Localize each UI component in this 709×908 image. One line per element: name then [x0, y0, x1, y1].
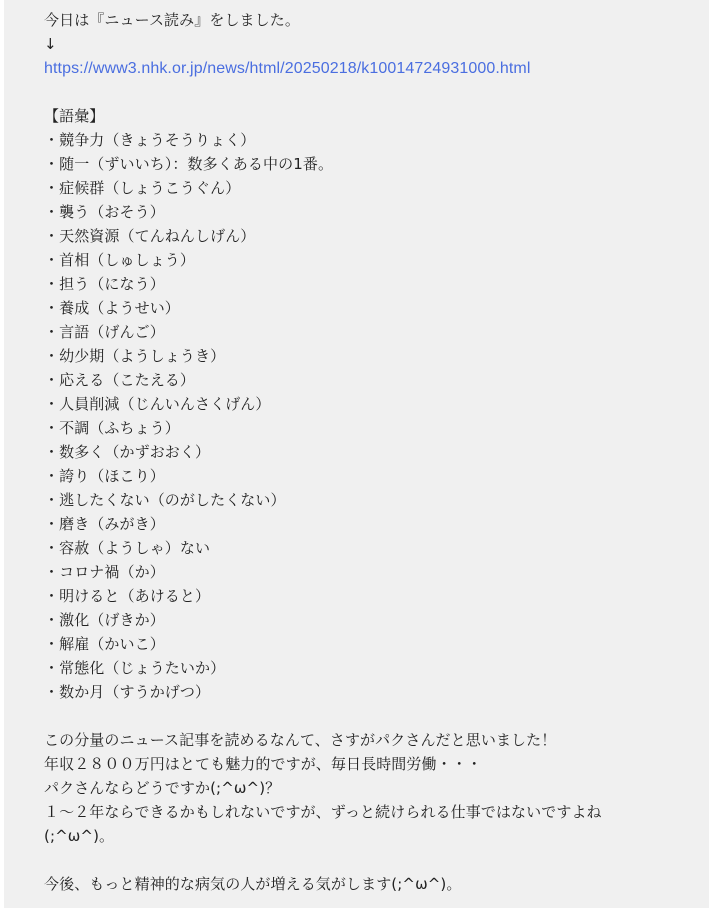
down-arrow-icon: ↓ [44, 32, 709, 56]
message-panel: 今日は『ニュース読み』をしました。 ↓ https://www3.nhk.or.… [4, 0, 709, 908]
vocab-item: ・容赦（ようしゃ）ない [44, 536, 709, 560]
vocab-item: ・競争力（きょうそうりょく） [44, 128, 709, 152]
spacer [44, 80, 709, 104]
vocab-item: ・随一（ずいいち）：数多くある中の1番。 [44, 152, 709, 176]
vocab-item: ・数か月（すうかげつ） [44, 680, 709, 704]
vocab-item: ・不調（ふちょう） [44, 416, 709, 440]
vocab-item: ・誇り（ほこり） [44, 464, 709, 488]
vocab-item: ・逃したくない（のがしたくない） [44, 488, 709, 512]
vocab-item: ・幼少期（ようしょうき） [44, 344, 709, 368]
vocab-item: ・解雇（かいこ） [44, 632, 709, 656]
spacer [44, 704, 709, 728]
vocab-item: ・明けると（あけると） [44, 584, 709, 608]
comment-line: パクさんならどうですか(;^ω^)？ [44, 776, 709, 800]
vocab-heading: 【語彙】 [44, 104, 709, 128]
vocab-item: ・首相（しゅしょう） [44, 248, 709, 272]
vocab-item: ・激化（げきか） [44, 608, 709, 632]
vocab-item: ・人員削減（じんいんさくげん） [44, 392, 709, 416]
vocab-item: ・磨き（みがき） [44, 512, 709, 536]
comment-line: 年収２８００万円はとても魅力的ですが、毎日長時間労働・・・ [44, 752, 709, 776]
vocab-item: ・言語（げんご） [44, 320, 709, 344]
vocab-item: ・数多く（かずおおく） [44, 440, 709, 464]
vocab-item: ・症候群（しょうこうぐん） [44, 176, 709, 200]
vocab-item: ・担う（になう） [44, 272, 709, 296]
intro-text: 今日は『ニュース読み』をしました。 [44, 8, 709, 32]
vocab-item: ・常態化（じょうたいか） [44, 656, 709, 680]
vocab-item: ・襲う（おそう） [44, 200, 709, 224]
news-article-link[interactable]: https://www3.nhk.or.jp/news/html/2025021… [44, 60, 531, 77]
vocab-item: ・天然資源（てんねんしげん） [44, 224, 709, 248]
spacer [44, 848, 709, 872]
vocab-list: ・競争力（きょうそうりょく） ・随一（ずいいち）：数多くある中の1番。 ・症候群… [44, 128, 709, 704]
closing-text: 今後、もっと精神的な病気の人が増える気がします(;^ω^)。 [44, 872, 709, 896]
vocab-item: ・コロナ禍（か） [44, 560, 709, 584]
comment-line: この分量のニュース記事を読めるなんて、さすがパクさんだと思いました！ [44, 728, 709, 752]
comment-block: この分量のニュース記事を読めるなんて、さすがパクさんだと思いました！ 年収２８０… [44, 728, 709, 848]
vocab-item: ・応える（こたえる） [44, 368, 709, 392]
vocab-item: ・養成（ようせい） [44, 296, 709, 320]
comment-line: １～２年ならできるかもしれないですが、ずっと続けられる仕事ではないですよね [44, 800, 709, 824]
comment-line: (;^ω^)。 [44, 824, 709, 848]
news-link-line: https://www3.nhk.or.jp/news/html/2025021… [44, 56, 709, 80]
